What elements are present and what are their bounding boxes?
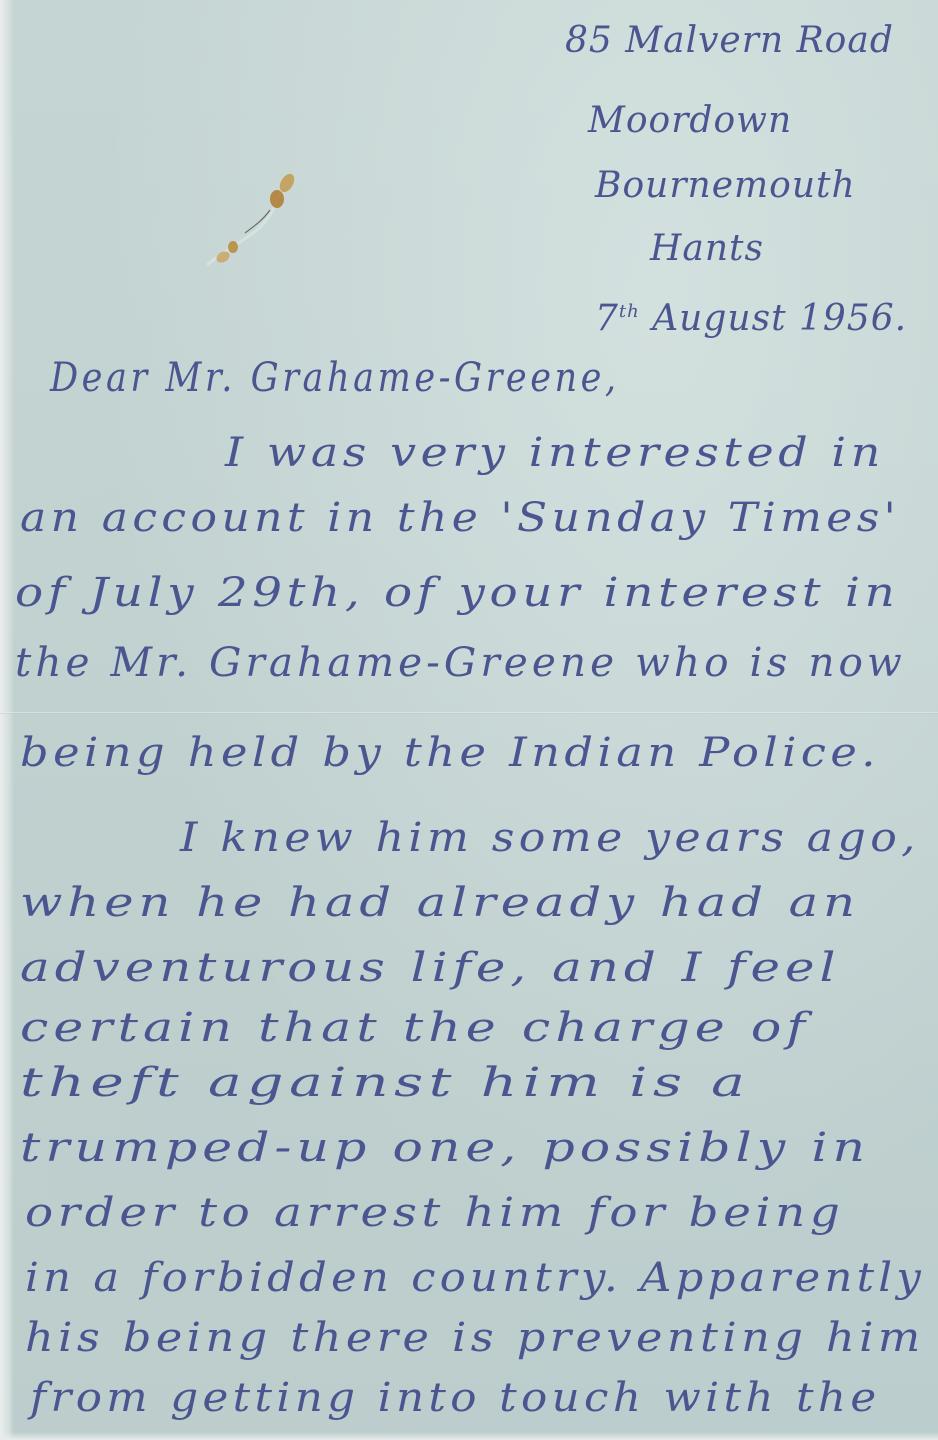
body-line: adventurous life, and I feel — [20, 945, 840, 991]
body-line: being held by the Indian Police. — [20, 730, 880, 776]
body-line: in a forbidden country. Apparently — [25, 1255, 925, 1301]
body-line: I was very interested in — [225, 430, 885, 476]
body-line: when he had already had an — [20, 880, 860, 926]
letter-date: 7th August 1956. — [595, 298, 907, 339]
salutation: Dear Mr. Grahame-Greene, — [50, 355, 620, 401]
address-line-district: Moordown — [588, 100, 792, 141]
body-line: certain that the charge of — [20, 1005, 810, 1051]
address-line-county: Hants — [650, 228, 764, 269]
date-day: 7 — [595, 298, 619, 339]
rust-stain-icon — [195, 155, 315, 275]
body-line: his being there is preventing him — [25, 1315, 925, 1361]
address-line-street: 85 Malvern Road — [565, 20, 894, 61]
paper-left-edge — [0, 0, 14, 1440]
body-line: theft against him is a — [20, 1060, 751, 1106]
body-line: I knew him some years ago, — [180, 815, 920, 861]
date-day-suffix: th — [619, 301, 640, 322]
address-line-town: Bournemouth — [595, 165, 856, 206]
paper-bottom-edge — [0, 1432, 938, 1440]
body-line: the Mr. Grahame-Greene who is now — [15, 640, 906, 686]
body-line: order to arrest him for being — [25, 1190, 844, 1236]
date-month-year: August 1956. — [652, 298, 907, 339]
body-line: of July 29th, of your interest in — [15, 570, 899, 616]
paper-fold-crease — [0, 712, 938, 714]
body-line: trumped-up one, possibly in — [20, 1125, 870, 1171]
body-line: from getting into touch with the — [30, 1375, 880, 1421]
letter-page: 85 Malvern Road Moordown Bournemouth Han… — [0, 0, 938, 1440]
body-line: an account in the 'Sunday Times' — [20, 495, 900, 541]
